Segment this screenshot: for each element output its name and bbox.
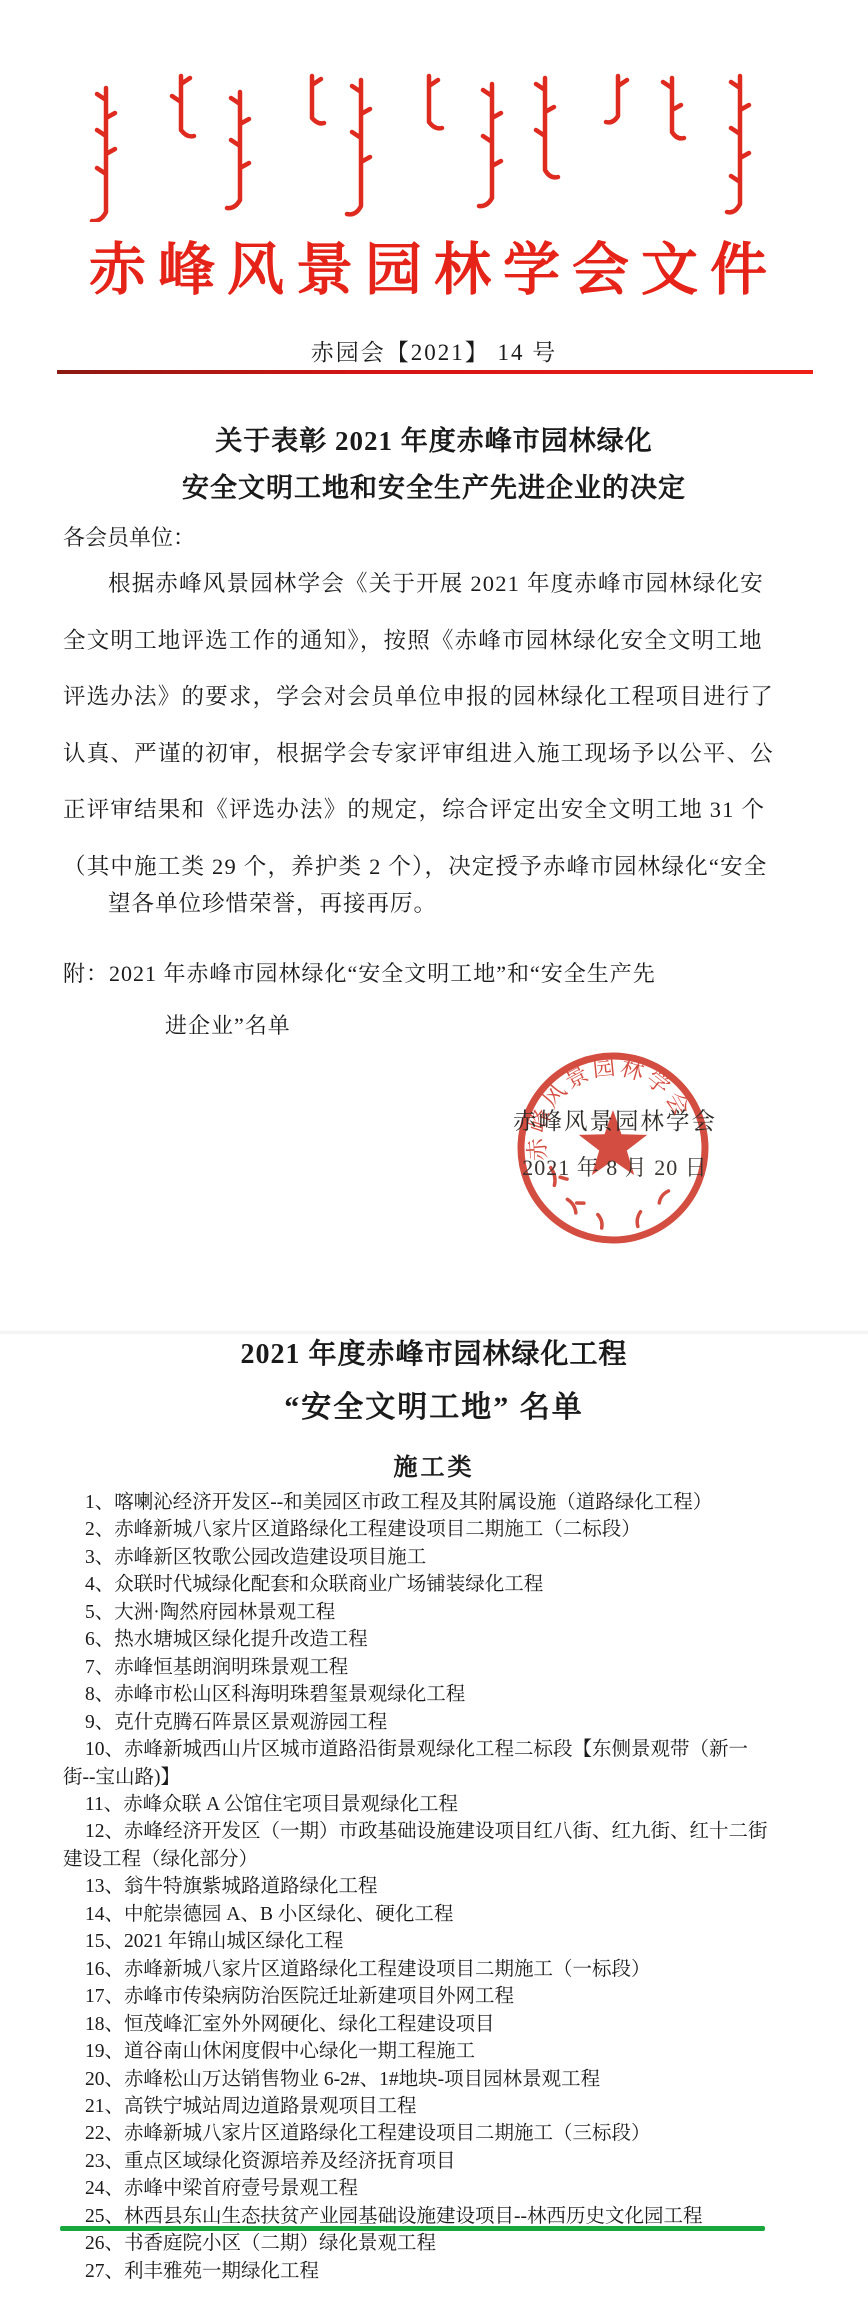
list-item: 21、高铁宁城站周边道路景观项目工程 (63, 2093, 770, 2120)
org-title: 赤峰风景园林学会文件 (0, 224, 868, 306)
roster-title-line-1: 2021 年度赤峰市园林绿化工程 (0, 1332, 868, 1372)
signature-org: 赤峰风景园林学会 (460, 1102, 770, 1136)
list-item: 9、克什克腾石阵景区景观游园工程 (63, 1709, 770, 1736)
list-item: 11、赤峰众联 A 公馆住宅项目景观绿化工程 (63, 1791, 770, 1818)
list-item: 24、赤峰中梁首府壹号景观工程 (63, 2175, 770, 2202)
body-line: 根据赤峰风景园林学会《关于开展 2021 年度赤峰市园林绿化安 (63, 556, 823, 613)
list-item: 1、喀喇沁经济开发区--和美园区市政工程及其附属设施（道路绿化工程） (63, 1489, 770, 1516)
list-item: 20、赤峰松山万达销售物业 6-2#、1#地块-项目园林景观工程 (63, 2066, 770, 2093)
red-divider (57, 370, 813, 374)
roster-list: 1、喀喇沁经济开发区--和美园区市政工程及其附属设施（道路绿化工程） 2、赤峰新… (63, 1489, 770, 2285)
document-page: 赤峰风景园林学会文件 赤园会【2021】 14 号 关于表彰 2021 年度赤峰… (0, 0, 868, 2304)
list-item: 2、赤峰新城八家片区道路绿化工程建设项目二期施工（二标段） (63, 1516, 770, 1543)
list-item: 13、翁牛特旗紫城路道路绿化工程 (63, 1873, 770, 1900)
list-item: 10、赤峰新城西山片区城市道路沿街景观绿化工程二标段【东侧景观带（新一街--宝山… (63, 1736, 770, 1791)
list-item: 17、赤峰市传染病防治医院迁址新建项目外网工程 (63, 1983, 770, 2010)
list-item: 22、赤峰新城八家片区道路绿化工程建设项目二期施工（三标段） (63, 2120, 770, 2147)
list-item: 5、大洲·陶然府园林景观工程 (63, 1599, 770, 1626)
list-item: 7、赤峰恒基朗润明珠景观工程 (63, 1654, 770, 1681)
list-item: 12、赤峰经济开发区（一期）市政基础设施建设项目红八街、红九街、红十二街建设工程… (63, 1818, 770, 1873)
list-item: 6、热水塘城区绿化提升改造工程 (63, 1626, 770, 1653)
list-item: 26、书香庭院小区（二期）绿化景观工程 (63, 2230, 770, 2257)
body-paragraph: 根据赤峰风景园林学会《关于开展 2021 年度赤峰市园林绿化安 全文明工地评选工… (63, 556, 823, 895)
doc-number: 赤园会【2021】 14 号 (0, 334, 868, 367)
list-item: 3、赤峰新区牧歌公园改造建设项目施工 (63, 1544, 770, 1571)
highlight-underline (60, 2226, 765, 2231)
roster-title-line-2: “安全文明工地” 名单 (0, 1382, 868, 1426)
attachment-line: 进企业”名单 (63, 1000, 656, 1052)
official-seal: 赤峰风景园林学会 (513, 1048, 713, 1248)
list-item: 8、赤峰市松山区科海明珠碧玺景观绿化工程 (63, 1681, 770, 1708)
list-item: 16、赤峰新城八家片区道路绿化工程建设项目二期施工（一标段） (63, 1956, 770, 1983)
body-line: 正评审结果和《评选办法》的规定，综合评定出安全文明工地 31 个 (63, 782, 823, 839)
doc-title-line-1: 关于表彰 2021 年度赤峰市园林绿化 (0, 419, 868, 458)
list-item-text: 25、林西县东山生态扶贫产业园基础设施建设项目--林西历史文化园工程 (85, 2206, 703, 2227)
attachment-line: 附：2021 年赤峰市园林绿化“安全文明工地”和“安全生产先 (63, 948, 656, 1000)
list-item: 27、利丰雅苑一期绿化工程 (63, 2258, 770, 2285)
list-item: 14、中舵崇德园 A、B 小区绿化、硬化工程 (63, 1901, 770, 1928)
body-line: 全文明工地评选工作的通知》，按照《赤峰市园林绿化安全文明工地 (63, 613, 823, 670)
closing-line: 望各单位珍惜荣誉，再接再厉。 (63, 886, 437, 918)
list-item: 23、重点区域绿化资源培养及经济抚育项目 (63, 2148, 770, 2175)
salutation: 各会员单位： (63, 521, 195, 552)
body-line: 评选办法》的要求，学会对会员单位申报的园林绿化工程项目进行了 (63, 669, 823, 726)
list-item-highlighted: 25、林西县东山生态扶贫产业园基础设施建设项目--林西历史文化园工程 (63, 2203, 770, 2230)
body-line: 认真、严谨的初审，根据学会专家评审组进入施工现场予以公平、公 (63, 726, 823, 783)
roster-section-heading: 施工类 (0, 1447, 868, 1482)
doc-title-line-2: 安全文明工地和安全生产先进企业的决定 (0, 466, 868, 505)
list-item: 15、2021 年锦山城区绿化工程 (63, 1928, 770, 1955)
attachment-note: 附：2021 年赤峰市园林绿化“安全文明工地”和“安全生产先 进企业”名单 (63, 948, 656, 1052)
mongolian-script-header (0, 52, 868, 222)
list-item: 19、道谷南山休闲度假中心绿化一期工程施工 (63, 2038, 770, 2065)
signature-date: 2021 年 8 月 20 日 (460, 1151, 770, 1182)
list-item: 4、众联时代城绿化配套和众联商业广场铺装绿化工程 (63, 1571, 770, 1598)
list-item: 18、恒茂峰汇室外外网硬化、绿化工程建设项目 (63, 2011, 770, 2038)
